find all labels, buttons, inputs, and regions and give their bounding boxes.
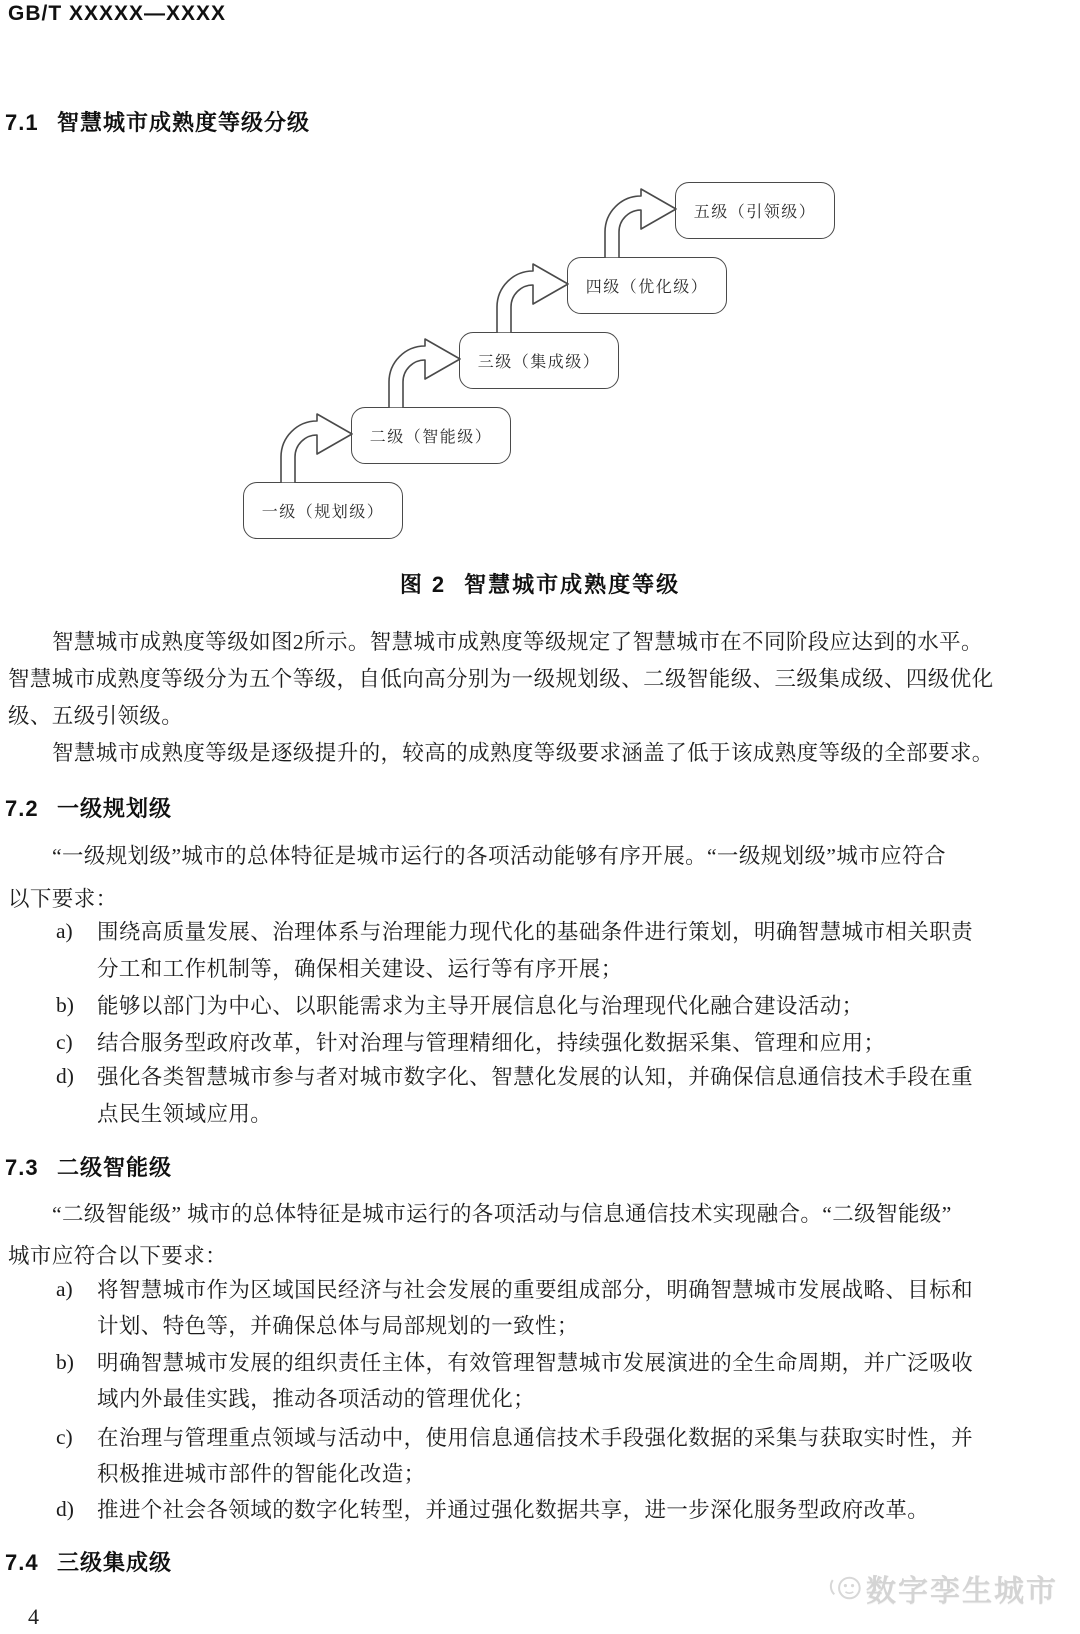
list-item-text: 计划、特色等，并确保总体与局部规划的一致性； [97,1313,1074,1340]
figure-caption-number: 图 2 [400,572,446,597]
watermark-logo-icon [828,1566,866,1610]
list-item-text: 将智慧城市作为区域国民经济与社会发展的重要组成部分，明确智慧城市发展战略、目标和 [97,1277,1074,1304]
section-heading-7-3: 7.3二级智能级 [5,1151,172,1182]
level-box-1: 一级（规划级） [243,482,403,539]
section-number: 7.4 [5,1550,57,1576]
para-line: “二级智能级” 城市的总体特征是城市运行的各项活动与信息通信技术实现融合。“二级… [8,1201,1080,1228]
para-line: 智慧城市成熟度等级分为五个等级，自低向高分别为一级规划级、二级智能级、三级集成级… [8,666,1074,693]
list-marker: b) [56,1350,94,1375]
para-line: 以下要求： [8,886,1074,913]
page-number: 4 [28,1604,39,1630]
list-item-text: 积极推进城市部件的智能化改造； [97,1461,1074,1488]
figure-caption: 图 2智慧城市成熟度等级 [25,568,1055,599]
list-item-text: 围绕高质量发展、治理体系与治理能力现代化的基础条件进行策划，明确智慧城市相关职责 [97,919,1074,946]
list-marker: a) [56,919,94,944]
section-number: 7.3 [5,1155,57,1181]
list-marker: b) [56,993,94,1018]
level-box-2: 二级（智能级） [351,407,511,464]
section-title: 一级规划级 [57,796,172,821]
para-line: 城市应符合以下要求： [8,1243,1074,1270]
list-marker: a) [56,1277,94,1302]
figure-caption-title: 智慧城市成熟度等级 [464,572,680,597]
para-line: 智慧城市成熟度等级如图2所示。智慧城市成熟度等级规定了智慧城市在不同阶段应达到的… [8,629,1080,656]
level-box-5: 五级（引领级） [675,182,835,239]
list-marker: c) [56,1030,94,1055]
section-title: 二级智能级 [57,1155,172,1180]
list-item-text: 推进个社会各领域的数字化转型，并通过强化数据共享，进一步深化服务型政府改革。 [97,1497,1074,1524]
list-marker: d) [56,1064,94,1089]
list-item-text: 域内外最佳实践，推动各项活动的管理优化； [97,1386,1074,1413]
step-arrow-icon [597,188,677,258]
document-page: GB/T XXXXX—XXXX 7.1智慧城市成熟度等级分级 一级（规划级） 二… [0,0,1080,1634]
para-line: 级、五级引领级。 [8,703,1074,730]
watermark: 数字孪生城市 [828,1562,1058,1614]
list-item-text: 在治理与管理重点领域与活动中，使用信息通信技术手段强化数据的采集与获取实时性，并 [97,1425,1074,1452]
section-heading-7-4: 7.4三级集成级 [5,1546,172,1577]
list-item-text: 明确智慧城市发展的组织责任主体，有效管理智慧城市发展演进的全生命周期，并广泛吸收 [97,1350,1074,1377]
level-box-4: 四级（优化级） [567,257,727,314]
section-heading-7-2: 7.2一级规划级 [5,792,172,823]
section-number: 7.1 [5,110,57,136]
section-title: 智慧城市成熟度等级分级 [57,110,310,135]
list-marker: c) [56,1425,94,1450]
watermark-text: 数字孪生城市 [866,1566,1058,1610]
list-item-text: 结合服务型政府改革，针对治理与管理精细化，持续强化数据采集、管理和应用； [97,1030,1074,1057]
para-line: “一级规划级”城市的总体特征是城市运行的各项活动能够有序开展。“一级规划级”城市… [8,843,1080,870]
section-heading-7-1: 7.1智慧城市成熟度等级分级 [5,106,310,137]
list-item-text: 能够以部门为中心、以职能需求为主导开展信息化与治理现代化融合建设活动； [97,993,1074,1020]
list-item-text: 分工和工作机制等，确保相关建设、运行等有序开展； [97,956,1074,983]
level-box-3: 三级（集成级） [459,332,619,389]
para-line: 智慧城市成熟度等级是逐级提升的，较高的成熟度等级要求涵盖了低于该成熟度等级的全部… [8,740,1080,767]
section-number: 7.2 [5,796,57,822]
step-arrow-icon [489,263,569,333]
section-title: 三级集成级 [57,1550,172,1575]
list-marker: d) [56,1497,94,1522]
doc-code: GB/T XXXXX—XXXX [8,2,226,26]
list-item-text: 点民生领域应用。 [97,1101,1074,1128]
list-item-text: 强化各类智慧城市参与者对城市数字化、智慧化发展的认知，并确保信息通信技术手段在重 [97,1064,1074,1091]
step-arrow-icon [381,338,461,408]
step-arrow-icon [273,413,353,483]
